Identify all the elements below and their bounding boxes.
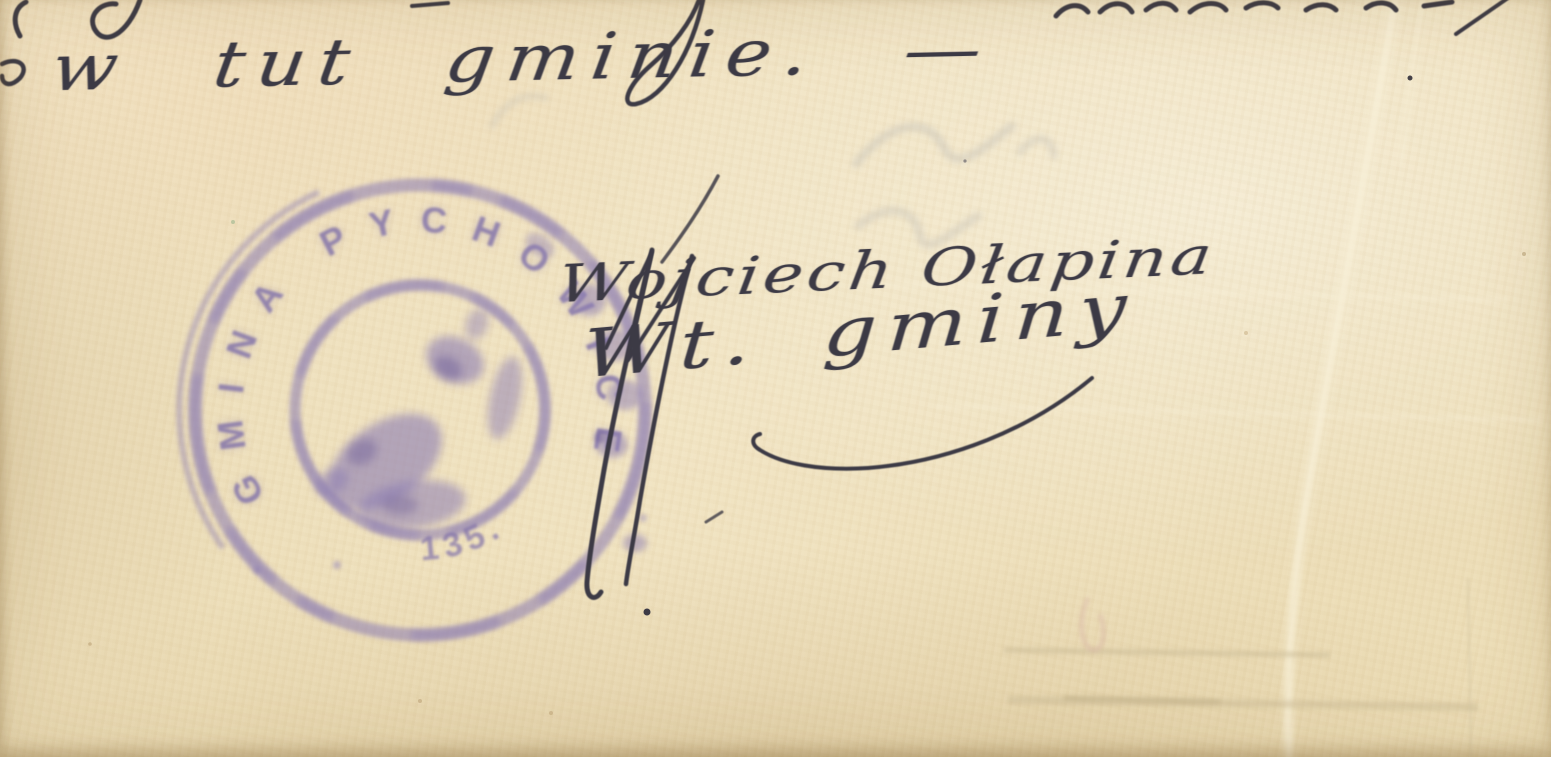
paper-scratch [1468,578,1471,757]
ink-stroke [15,2,26,36]
paper-speck [418,699,422,703]
ink-stroke [1246,3,1278,8]
stamp-ink-blot [253,566,261,574]
flourish-stroke [753,378,1092,469]
paper-speck [963,159,966,162]
paper-scratch [935,406,1542,420]
ink-stroke [1424,2,1452,6]
ghost-pink-mark [1082,598,1104,650]
paper-speck [231,220,235,224]
stamp-ink-blot [639,514,647,522]
paper-speck [1408,76,1413,81]
ink-stroke [1190,4,1226,13]
document-scan: GMINA PYCHOWICE GMINA PYCHOWICE 135. [0,0,1551,757]
emblem-dark-spot [382,495,418,515]
paper-speck [1244,331,1248,335]
ink-stroke [1456,0,1508,34]
stamp-ink-blot [594,431,606,443]
ink-stroke [412,3,448,6]
paper-speck [88,642,92,646]
ink-stroke [1056,6,1088,16]
ghost-smudge-line [1008,700,1478,707]
paper-creases [862,0,1542,757]
paper-speck [549,711,553,715]
ink-art-layer: GMINA PYCHOWICE GMINA PYCHOWICE 135. [0,0,1551,757]
paper-speck [1522,252,1526,256]
stamp-horse-emblem [310,305,528,536]
crease-line [1288,0,1396,757]
ink-stroke [1306,5,1336,10]
emblem-blob [482,354,529,442]
commune-stamp: GMINA PYCHOWICE GMINA PYCHOWICE 135. [113,103,728,718]
flourish-stroke [706,512,722,522]
ghost-smudge-line [1004,650,1330,655]
stamp-ink-blot [333,561,341,569]
stamp-outer-ring-blotch [113,103,728,718]
ink-stroke [1146,3,1176,10]
flourish-dot [644,609,651,616]
ghost-stroke [1020,139,1054,156]
ink-stroke [1100,4,1132,12]
crease-line [1400,0,1424,162]
ink-stroke [2,61,24,84]
paper-specks [88,76,1526,716]
ghost-stroke [492,96,546,126]
ghost-stroke [856,126,1012,164]
